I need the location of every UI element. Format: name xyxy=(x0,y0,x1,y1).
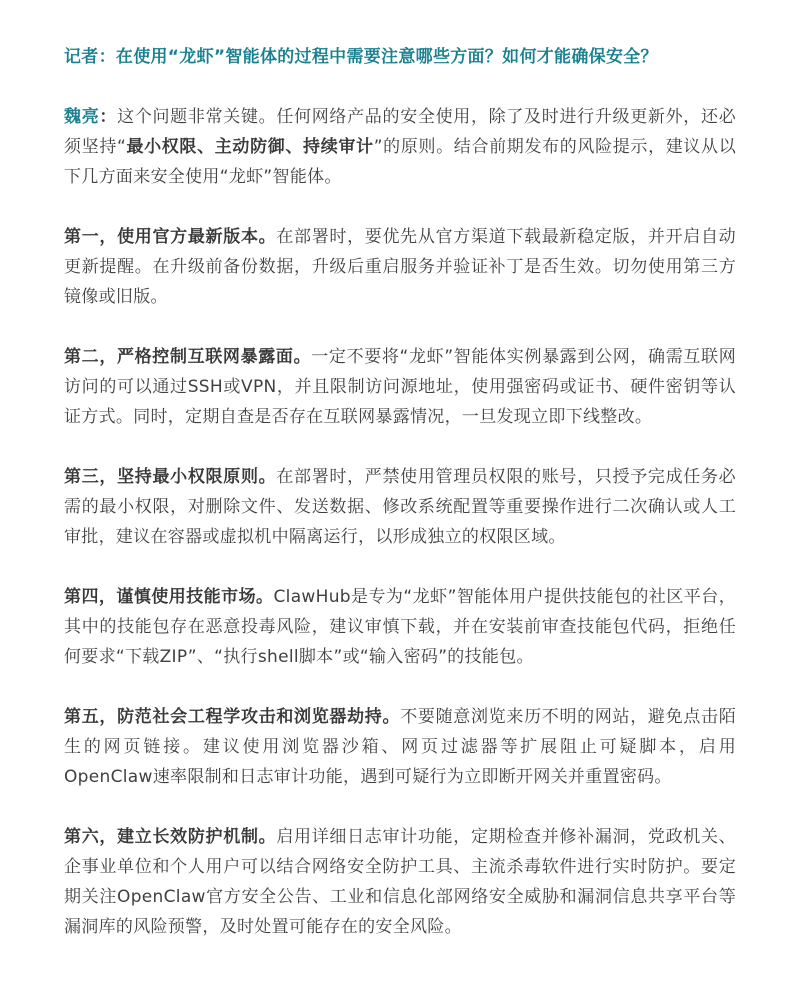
answer-speaker-name: 魏亮 xyxy=(64,107,99,127)
point-6-lead: 第六，建立长效防护机制。 xyxy=(64,827,276,847)
article-page: 记者：在使用“龙虾”智能体的过程中需要注意哪些方面？如何才能确保安全？ 魏亮：这… xyxy=(0,0,800,992)
answer-intro-paragraph: 魏亮：这个问题非常关键。任何网络产品的安全使用，除了及时进行升级更新外，还必须坚… xyxy=(64,102,736,192)
point-5-lead: 第五，防范社会工程学攻击和浏览器劫持。 xyxy=(64,707,400,727)
answer-speaker-colon: ： xyxy=(99,107,117,127)
point-4-lead: 第四，谨慎使用技能市场。 xyxy=(64,587,274,607)
answer-principle-bold: 最小权限、主动防御、持续审计 xyxy=(126,137,374,157)
question-speaker-label: 记者： xyxy=(64,47,116,67)
point-2-lead: 第二，严格控制互联网暴露面。 xyxy=(64,347,311,367)
interview-question: 记者：在使用“龙虾”智能体的过程中需要注意哪些方面？如何才能确保安全？ xyxy=(64,42,736,72)
point-1-lead: 第一，使用官方最新版本。 xyxy=(64,227,276,247)
point-paragraph-5: 第五，防范社会工程学攻击和浏览器劫持。不要随意浏览来历不明的网站，避免点击陌生的… xyxy=(64,702,736,792)
point-paragraph-1: 第一，使用官方最新版本。在部署时，要优先从官方渠道下载最新稳定版，并开启自动更新… xyxy=(64,222,736,312)
point-paragraph-4: 第四，谨慎使用技能市场。ClawHub是专为“龙虾”智能体用户提供技能包的社区平… xyxy=(64,582,736,672)
point-paragraph-2: 第二，严格控制互联网暴露面。一定不要将“龙虾”智能体实例暴露到公网，确需互联网访… xyxy=(64,342,736,432)
point-paragraph-6: 第六，建立长效防护机制。启用详细日志审计功能，定期检查并修补漏洞，党政机关、企事… xyxy=(64,822,736,942)
question-text: 在使用“龙虾”智能体的过程中需要注意哪些方面？如何才能确保安全？ xyxy=(116,47,658,67)
point-3-lead: 第三，坚持最小权限原则。 xyxy=(64,467,276,487)
point-paragraph-3: 第三，坚持最小权限原则。在部署时，严禁使用管理员权限的账号，只授予完成任务必需的… xyxy=(64,462,736,552)
